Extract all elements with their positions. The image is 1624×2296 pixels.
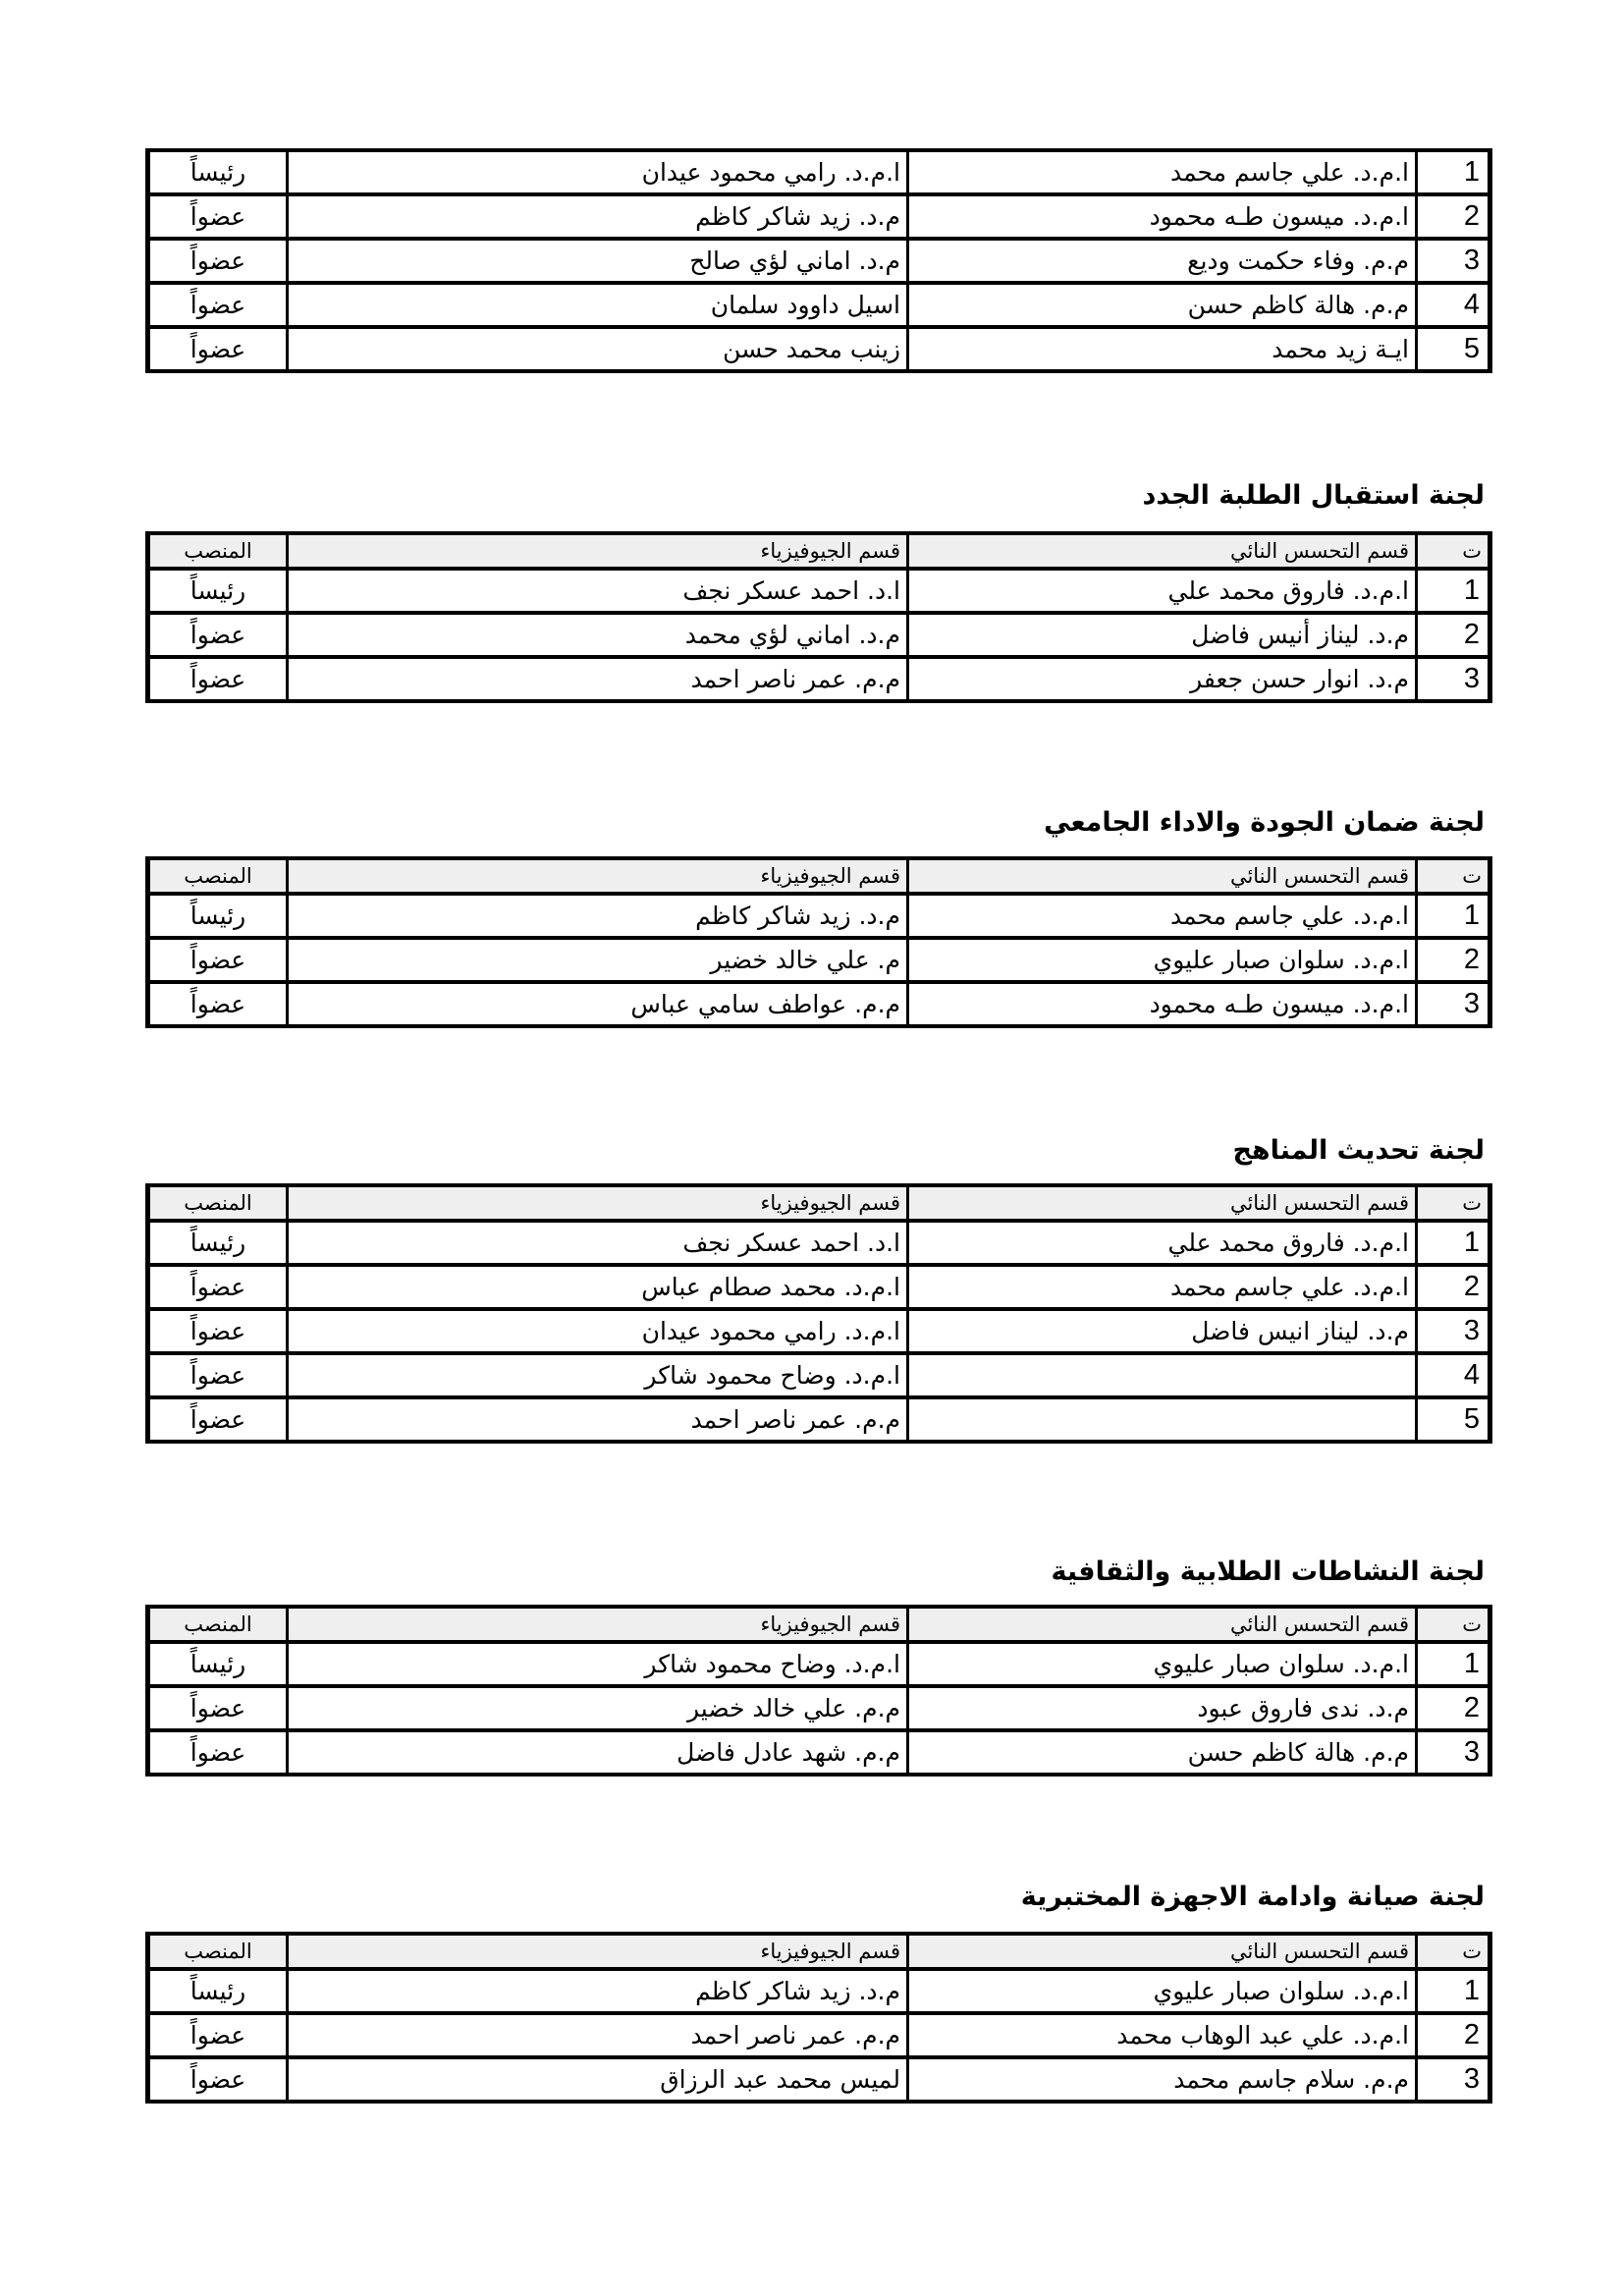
- row-number: 2: [1417, 2013, 1490, 2057]
- header-geophysics: قسم الجيوفيزياء: [288, 1185, 908, 1221]
- row-number: 3: [1417, 1730, 1490, 1775]
- table-row: 2 ا.م.د. علي جاسم محمد ا.م.د. محمد صطام …: [148, 1265, 1490, 1309]
- member-position: عضواً: [148, 1730, 288, 1775]
- header-position: المنصب: [148, 1607, 288, 1642]
- header-position: المنصب: [148, 1934, 288, 1969]
- row-number: 2: [1417, 1686, 1490, 1730]
- geophysics-member: لميس محمد عبد الرزاق: [288, 2057, 908, 2102]
- remote-sensing-member: [908, 1397, 1417, 1442]
- remote-sensing-member: ا.م.د. علي عبد الوهاب محمد: [908, 2013, 1417, 2057]
- header-remote-sensing: قسم التحسس النائي: [908, 1934, 1417, 1969]
- member-position: عضواً: [148, 2057, 288, 2102]
- committee-title: لجنة استقبال الطلبة الجدد: [1143, 478, 1485, 514]
- member-position: عضواً: [148, 1265, 288, 1309]
- remote-sensing-member: ا.م.د. سلوان صبار عليوي: [908, 1969, 1417, 2013]
- row-number: 3: [1417, 1309, 1490, 1353]
- row-number: 3: [1417, 982, 1490, 1026]
- row-number: 2: [1417, 938, 1490, 982]
- row-number: 1: [1417, 1221, 1490, 1265]
- header-number: ت: [1417, 1185, 1490, 1221]
- member-position: رئيساً: [148, 569, 288, 613]
- remote-sensing-member: ا.م.د. ميسون طـه محمود: [908, 982, 1417, 1026]
- row-number: 4: [1417, 283, 1490, 327]
- row-number: 2: [1417, 1265, 1490, 1309]
- geophysics-member: ا.م.د. وضاح محمود شاكر: [288, 1353, 908, 1397]
- member-position: رئيساً: [148, 1642, 288, 1686]
- table-row: 3 م.م. سلام جاسم محمد لميس محمد عبد الرز…: [148, 2057, 1490, 2102]
- table-header: ت قسم التحسس النائي قسم الجيوفيزياء المن…: [148, 858, 1490, 894]
- geophysics-member: م.م. عواطف سامي عباس: [288, 982, 908, 1026]
- member-position: عضواً: [148, 938, 288, 982]
- remote-sensing-member: م.د. ندى فاروق عبود: [908, 1686, 1417, 1730]
- remote-sensing-member: [908, 1353, 1417, 1397]
- geophysics-member: م.د. زيد شاكر كاظم: [288, 194, 908, 239]
- table-row: 2 ا.م.د. سلوان صبار عليوي م. علي خالد خض…: [148, 938, 1490, 982]
- member-position: عضواً: [148, 327, 288, 371]
- member-position: عضواً: [148, 1686, 288, 1730]
- row-number: 1: [1417, 1969, 1490, 2013]
- remote-sensing-member: ايـة زيد محمد: [908, 327, 1417, 371]
- header-geophysics: قسم الجيوفيزياء: [288, 1934, 908, 1969]
- table-row: 2 ا.م.د. علي عبد الوهاب محمد م.م. عمر نا…: [148, 2013, 1490, 2057]
- row-number: 2: [1417, 613, 1490, 657]
- geophysics-member: م.د. اماني لؤي محمد: [288, 613, 908, 657]
- remote-sensing-member: ا.م.د. علي جاسم محمد: [908, 894, 1417, 938]
- remote-sensing-member: ا.م.د. ميسون طـه محمود: [908, 194, 1417, 239]
- committee-title: لجنة ضمان الجودة والاداء الجامعي: [1044, 805, 1485, 841]
- committee-table-2: ت قسم التحسس النائي قسم الجيوفيزياء المن…: [145, 531, 1492, 703]
- header-position: المنصب: [148, 533, 288, 569]
- table-row: 1 ا.م.د. سلوان صبار عليوي م.د. زيد شاكر …: [148, 1969, 1490, 2013]
- geophysics-member: زينب محمد حسن: [288, 327, 908, 371]
- table-header: ت قسم التحسس النائي قسم الجيوفيزياء المن…: [148, 533, 1490, 569]
- committee-table-1: 1 ا.م.د. علي جاسم محمد ا.م.د. رامي محمود…: [145, 148, 1492, 373]
- row-number: 4: [1417, 1353, 1490, 1397]
- committee-table-4: ت قسم التحسس النائي قسم الجيوفيزياء المن…: [145, 1183, 1492, 1444]
- table-row: 3 ا.م.د. ميسون طـه محمود م.م. عواطف سامي…: [148, 982, 1490, 1026]
- geophysics-member: م.م. عمر ناصر احمد: [288, 2013, 908, 2057]
- remote-sensing-member: م.م. وفاء حكمت وديع: [908, 239, 1417, 283]
- table-header: ت قسم التحسس النائي قسم الجيوفيزياء المن…: [148, 1607, 1490, 1642]
- member-position: رئيساً: [148, 894, 288, 938]
- header-number: ت: [1417, 1607, 1490, 1642]
- table-header: ت قسم التحسس النائي قسم الجيوفيزياء المن…: [148, 1185, 1490, 1221]
- header-remote-sensing: قسم التحسس النائي: [908, 1607, 1417, 1642]
- table-row: 1 ا.م.د. فاروق محمد علي ا.د. احمد عسكر ن…: [148, 1221, 1490, 1265]
- table-row: 3 م.د. انوار حسن جعفر م.م. عمر ناصر احمد…: [148, 657, 1490, 701]
- geophysics-member: ا.م.د. محمد صطام عباس: [288, 1265, 908, 1309]
- member-position: عضواً: [148, 657, 288, 701]
- member-position: عضواً: [148, 1353, 288, 1397]
- row-number: 1: [1417, 894, 1490, 938]
- header-row: ت قسم التحسس النائي قسم الجيوفيزياء المن…: [148, 1934, 1490, 1969]
- member-position: عضواً: [148, 283, 288, 327]
- geophysics-member: ا.م.د. رامي محمود عيدان: [288, 1309, 908, 1353]
- table-header: ت قسم التحسس النائي قسم الجيوفيزياء المن…: [148, 1934, 1490, 1969]
- header-remote-sensing: قسم التحسس النائي: [908, 533, 1417, 569]
- member-position: عضواً: [148, 2013, 288, 2057]
- table-row: 2 م.د. ليناز أنيس فاضل م.د. اماني لؤي مح…: [148, 613, 1490, 657]
- committee-title: لجنة النشاطات الطلابية والثقافية: [1052, 1555, 1486, 1590]
- geophysics-member: اسيل داوود سلمان: [288, 283, 908, 327]
- geophysics-member: ا.د. احمد عسكر نجف: [288, 569, 908, 613]
- header-remote-sensing: قسم التحسس النائي: [908, 1185, 1417, 1221]
- committee-table-6: ت قسم التحسس النائي قسم الجيوفيزياء المن…: [145, 1932, 1492, 2104]
- table-row: 1 ا.م.د. علي جاسم محمد م.د. زيد شاكر كاظ…: [148, 894, 1490, 938]
- row-number: 3: [1417, 657, 1490, 701]
- geophysics-member: م.م. علي خالد خضير: [288, 1686, 908, 1730]
- header-row: ت قسم التحسس النائي قسم الجيوفيزياء المن…: [148, 858, 1490, 894]
- remote-sensing-member: م.د. انوار حسن جعفر: [908, 657, 1417, 701]
- geophysics-member: ا.م.د. رامي محمود عيدان: [288, 150, 908, 194]
- member-position: عضواً: [148, 982, 288, 1026]
- table-row: 3 م.م. هالة كاظم حسن م.م. شهد عادل فاضل …: [148, 1730, 1490, 1775]
- remote-sensing-member: ا.م.د. فاروق محمد علي: [908, 569, 1417, 613]
- geophysics-member: م.م. شهد عادل فاضل: [288, 1730, 908, 1775]
- geophysics-member: م.م. عمر ناصر احمد: [288, 1397, 908, 1442]
- row-number: 5: [1417, 327, 1490, 371]
- header-number: ت: [1417, 533, 1490, 569]
- remote-sensing-member: م.م. سلام جاسم محمد: [908, 2057, 1417, 2102]
- row-number: 2: [1417, 194, 1490, 239]
- member-position: عضواً: [148, 1309, 288, 1353]
- table-row: 1 ا.م.د. فاروق محمد علي ا.د. احمد عسكر ن…: [148, 569, 1490, 613]
- table-row: 4 م.م. هالة كاظم حسن اسيل داوود سلمان عض…: [148, 283, 1490, 327]
- remote-sensing-member: ا.م.د. سلوان صبار عليوي: [908, 1642, 1417, 1686]
- header-number: ت: [1417, 858, 1490, 894]
- table-row: 5 م.م. عمر ناصر احمد عضواً: [148, 1397, 1490, 1442]
- table-row: 4 ا.م.د. وضاح محمود شاكر عضواً: [148, 1353, 1490, 1397]
- member-position: رئيساً: [148, 150, 288, 194]
- header-geophysics: قسم الجيوفيزياء: [288, 858, 908, 894]
- geophysics-member: ا.د. احمد عسكر نجف: [288, 1221, 908, 1265]
- row-number: 3: [1417, 239, 1490, 283]
- committee-table-3: ت قسم التحسس النائي قسم الجيوفيزياء المن…: [145, 856, 1492, 1028]
- table-row: 1 ا.م.د. سلوان صبار عليوي ا.م.د. وضاح مح…: [148, 1642, 1490, 1686]
- table-row: 2 ا.م.د. ميسون طـه محمود م.د. زيد شاكر ك…: [148, 194, 1490, 239]
- header-row: ت قسم التحسس النائي قسم الجيوفيزياء المن…: [148, 1607, 1490, 1642]
- table-row: 3 م.د. ليناز انيس فاضل ا.م.د. رامي محمود…: [148, 1309, 1490, 1353]
- row-number: 1: [1417, 150, 1490, 194]
- header-geophysics: قسم الجيوفيزياء: [288, 533, 908, 569]
- table-row: 2 م.د. ندى فاروق عبود م.م. علي خالد خضير…: [148, 1686, 1490, 1730]
- geophysics-member: م.د. زيد شاكر كاظم: [288, 1969, 908, 2013]
- committee-table-5: ت قسم التحسس النائي قسم الجيوفيزياء المن…: [145, 1605, 1492, 1777]
- remote-sensing-member: م.م. هالة كاظم حسن: [908, 1730, 1417, 1775]
- geophysics-member: م.م. عمر ناصر احمد: [288, 657, 908, 701]
- row-number: 1: [1417, 1642, 1490, 1686]
- member-position: عضواً: [148, 194, 288, 239]
- remote-sensing-member: م.د. ليناز انيس فاضل: [908, 1309, 1417, 1353]
- row-number: 1: [1417, 569, 1490, 613]
- header-position: المنصب: [148, 1185, 288, 1221]
- remote-sensing-member: ا.م.د. علي جاسم محمد: [908, 1265, 1417, 1309]
- table-row: 3 م.م. وفاء حكمت وديع م.د. اماني لؤي صال…: [148, 239, 1490, 283]
- geophysics-member: م.د. زيد شاكر كاظم: [288, 894, 908, 938]
- remote-sensing-member: م.د. ليناز أنيس فاضل: [908, 613, 1417, 657]
- header-row: ت قسم التحسس النائي قسم الجيوفيزياء المن…: [148, 533, 1490, 569]
- member-position: عضواً: [148, 613, 288, 657]
- member-position: رئيساً: [148, 1969, 288, 2013]
- geophysics-member: م. علي خالد خضير: [288, 938, 908, 982]
- table-row: 1 ا.م.د. علي جاسم محمد ا.م.د. رامي محمود…: [148, 150, 1490, 194]
- header-geophysics: قسم الجيوفيزياء: [288, 1607, 908, 1642]
- geophysics-member: ا.م.د. وضاح محمود شاكر: [288, 1642, 908, 1686]
- member-position: عضواً: [148, 1397, 288, 1442]
- member-position: عضواً: [148, 239, 288, 283]
- table-row: 5 ايـة زيد محمد زينب محمد حسن عضواً: [148, 327, 1490, 371]
- header-remote-sensing: قسم التحسس النائي: [908, 858, 1417, 894]
- header-row: ت قسم التحسس النائي قسم الجيوفيزياء المن…: [148, 1185, 1490, 1221]
- remote-sensing-member: م.م. هالة كاظم حسن: [908, 283, 1417, 327]
- member-position: رئيساً: [148, 1221, 288, 1265]
- remote-sensing-member: ا.م.د. فاروق محمد علي: [908, 1221, 1417, 1265]
- geophysics-member: م.د. اماني لؤي صالح: [288, 239, 908, 283]
- header-position: المنصب: [148, 858, 288, 894]
- committee-title: لجنة تحديث المناهج: [1232, 1133, 1485, 1169]
- remote-sensing-member: ا.م.د. علي جاسم محمد: [908, 150, 1417, 194]
- row-number: 5: [1417, 1397, 1490, 1442]
- header-number: ت: [1417, 1934, 1490, 1969]
- row-number: 3: [1417, 2057, 1490, 2102]
- remote-sensing-member: ا.م.د. سلوان صبار عليوي: [908, 938, 1417, 982]
- committee-title: لجنة صيانة وادامة الاجهزة المختبرية: [1021, 1880, 1485, 1915]
